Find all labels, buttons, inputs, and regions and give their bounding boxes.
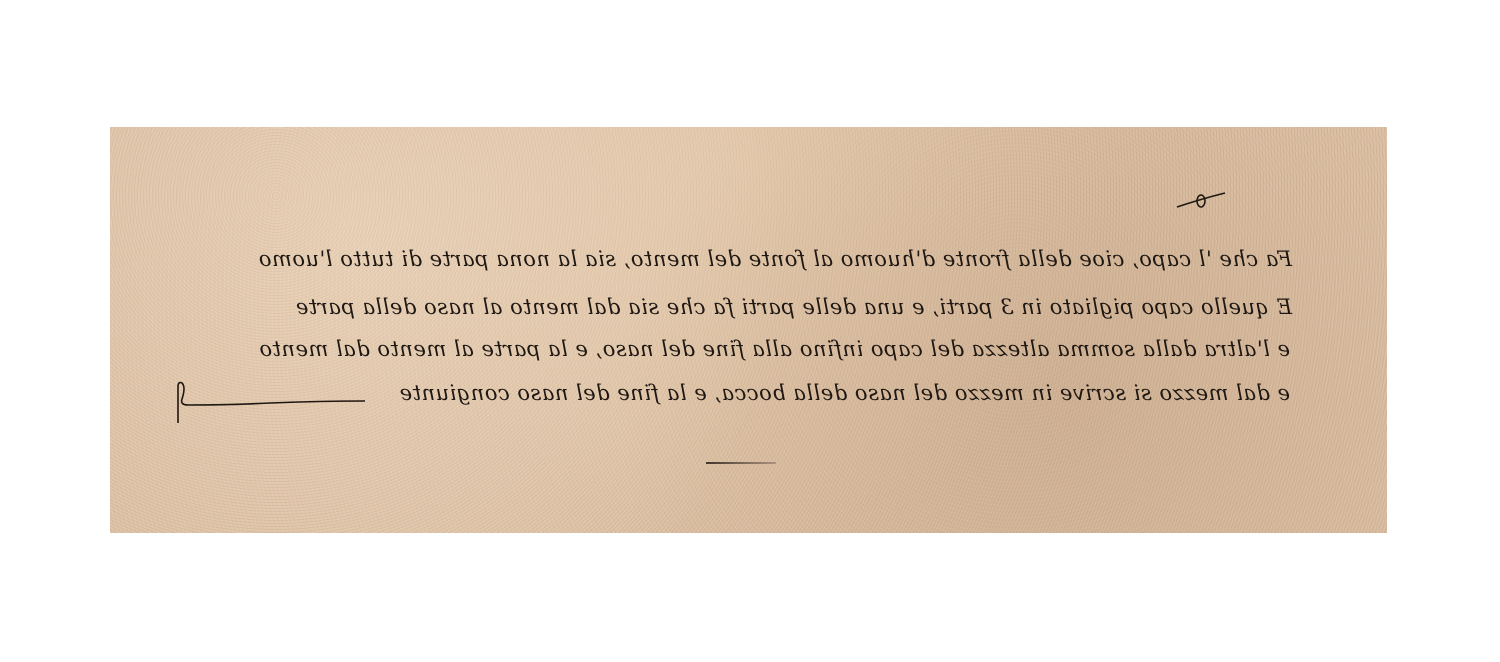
manuscript-page: Fa che 'l capo, cioe della fronte d'huom… <box>110 127 1387 533</box>
manuscript-line-1: Fa che 'l capo, cioe della fronte d'huom… <box>192 247 1292 271</box>
tick-mark-icon <box>1175 191 1227 211</box>
flourish-stroke-icon <box>170 379 370 425</box>
horizontal-rule <box>706 462 776 464</box>
manuscript-line-2: E quello capo pigliato in 3 parti, e una… <box>192 295 1292 319</box>
manuscript-line-4: e dal mezzo si scrive in mezzo del naso … <box>382 381 1290 405</box>
manuscript-line-3: e l'altra dalla somma altezza del capo i… <box>195 337 1290 361</box>
